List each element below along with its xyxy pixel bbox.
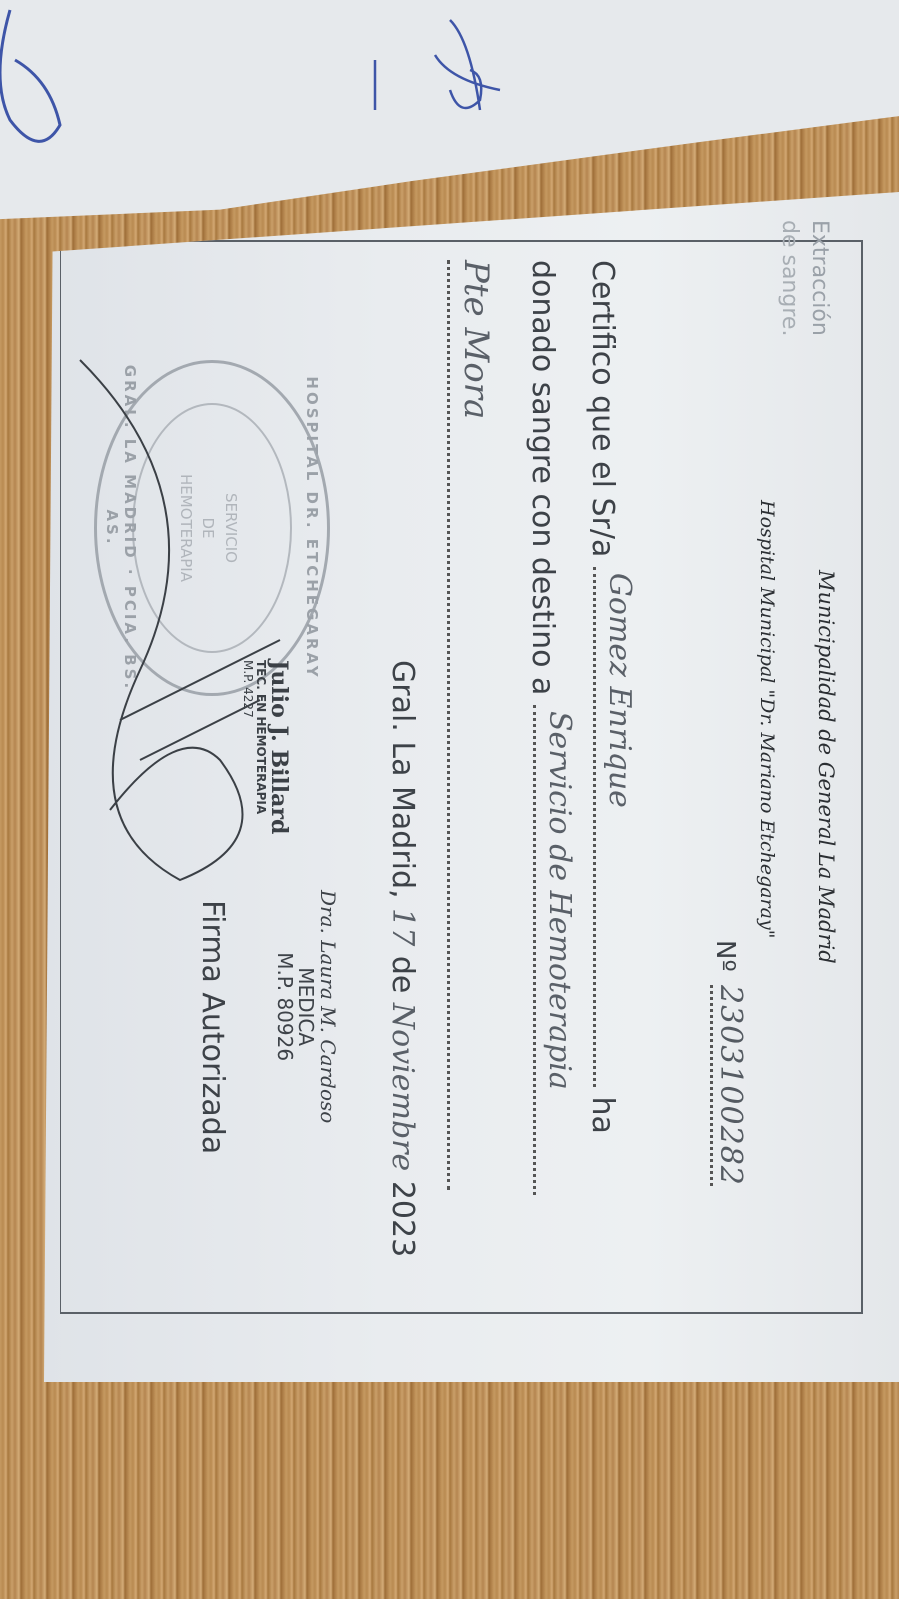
pencil-note-2: de sangre. — [777, 220, 802, 336]
pencil-note: Extracción — [806, 220, 832, 336]
certificate-paper: Extracción de sangre. Municipalidad de G… — [44, 192, 899, 1382]
date-line: Gral. La Madrid, 17 de Noviembre 2023 — [385, 660, 420, 1257]
date-year: 2023 — [385, 1181, 420, 1257]
donor-name-field: Gomez Enrique — [593, 567, 606, 1087]
date-day: 17 — [385, 908, 420, 946]
signature-scribble — [60, 340, 340, 900]
destination-field: Servicio de Hemoterapia — [533, 705, 546, 1195]
doctor-name: Dra. Laura M. Cardoso — [316, 890, 340, 1123]
technician-registration: M.P. 4227 — [242, 660, 255, 834]
date-month: Noviembre — [385, 1003, 420, 1171]
body-line-2: donado sangre con destino a Servicio de … — [525, 260, 560, 1195]
authorized-signature-label: Firma Autorizada — [195, 900, 230, 1154]
doctor-title: MEDICA — [295, 890, 316, 1123]
background-paper — [0, 0, 899, 220]
line1-suffix: ha — [585, 1096, 620, 1133]
technician-name: Julio J. Billard — [267, 660, 290, 834]
doctor-registration: M.P. 80926 — [274, 890, 295, 1123]
donor-name: Gomez Enrique — [602, 573, 637, 808]
certificate-content: Extracción de sangre. Municipalidad de G… — [60, 240, 860, 1310]
doctor-signature: Dra. Laura M. Cardoso MEDICA M.P. 80926 — [274, 890, 340, 1123]
destination-value: Servicio de Hemoterapia — [542, 711, 577, 1090]
certificate-number: 2303100282 — [710, 985, 748, 1186]
body-line-1: Certifico que el Sr/a Gomez Enrique ha — [585, 260, 620, 1134]
number-label: Nº — [710, 940, 740, 972]
municipality-header: Municipalidad de General La Madrid — [814, 570, 838, 964]
body-line-3: Pte Mora — [447, 260, 490, 1190]
handwritten-scribbles — [0, 0, 899, 220]
line3-value: Pte Mora — [456, 260, 496, 419]
line2-prefix: donado sangre con destino a — [525, 260, 560, 695]
date-connector: de — [385, 956, 420, 994]
hospital-header: Hospital Municipal "Dr. Mariano Etchegar… — [756, 500, 778, 938]
date-place: Gral. La Madrid, — [385, 660, 420, 899]
line1-prefix: Certifico que el Sr/a — [585, 260, 620, 557]
technician-signature: Julio J. Billard TEC. EN HEMOTERAPIA M.P… — [242, 660, 290, 834]
technician-title: TEC. EN HEMOTERAPIA — [254, 660, 267, 834]
